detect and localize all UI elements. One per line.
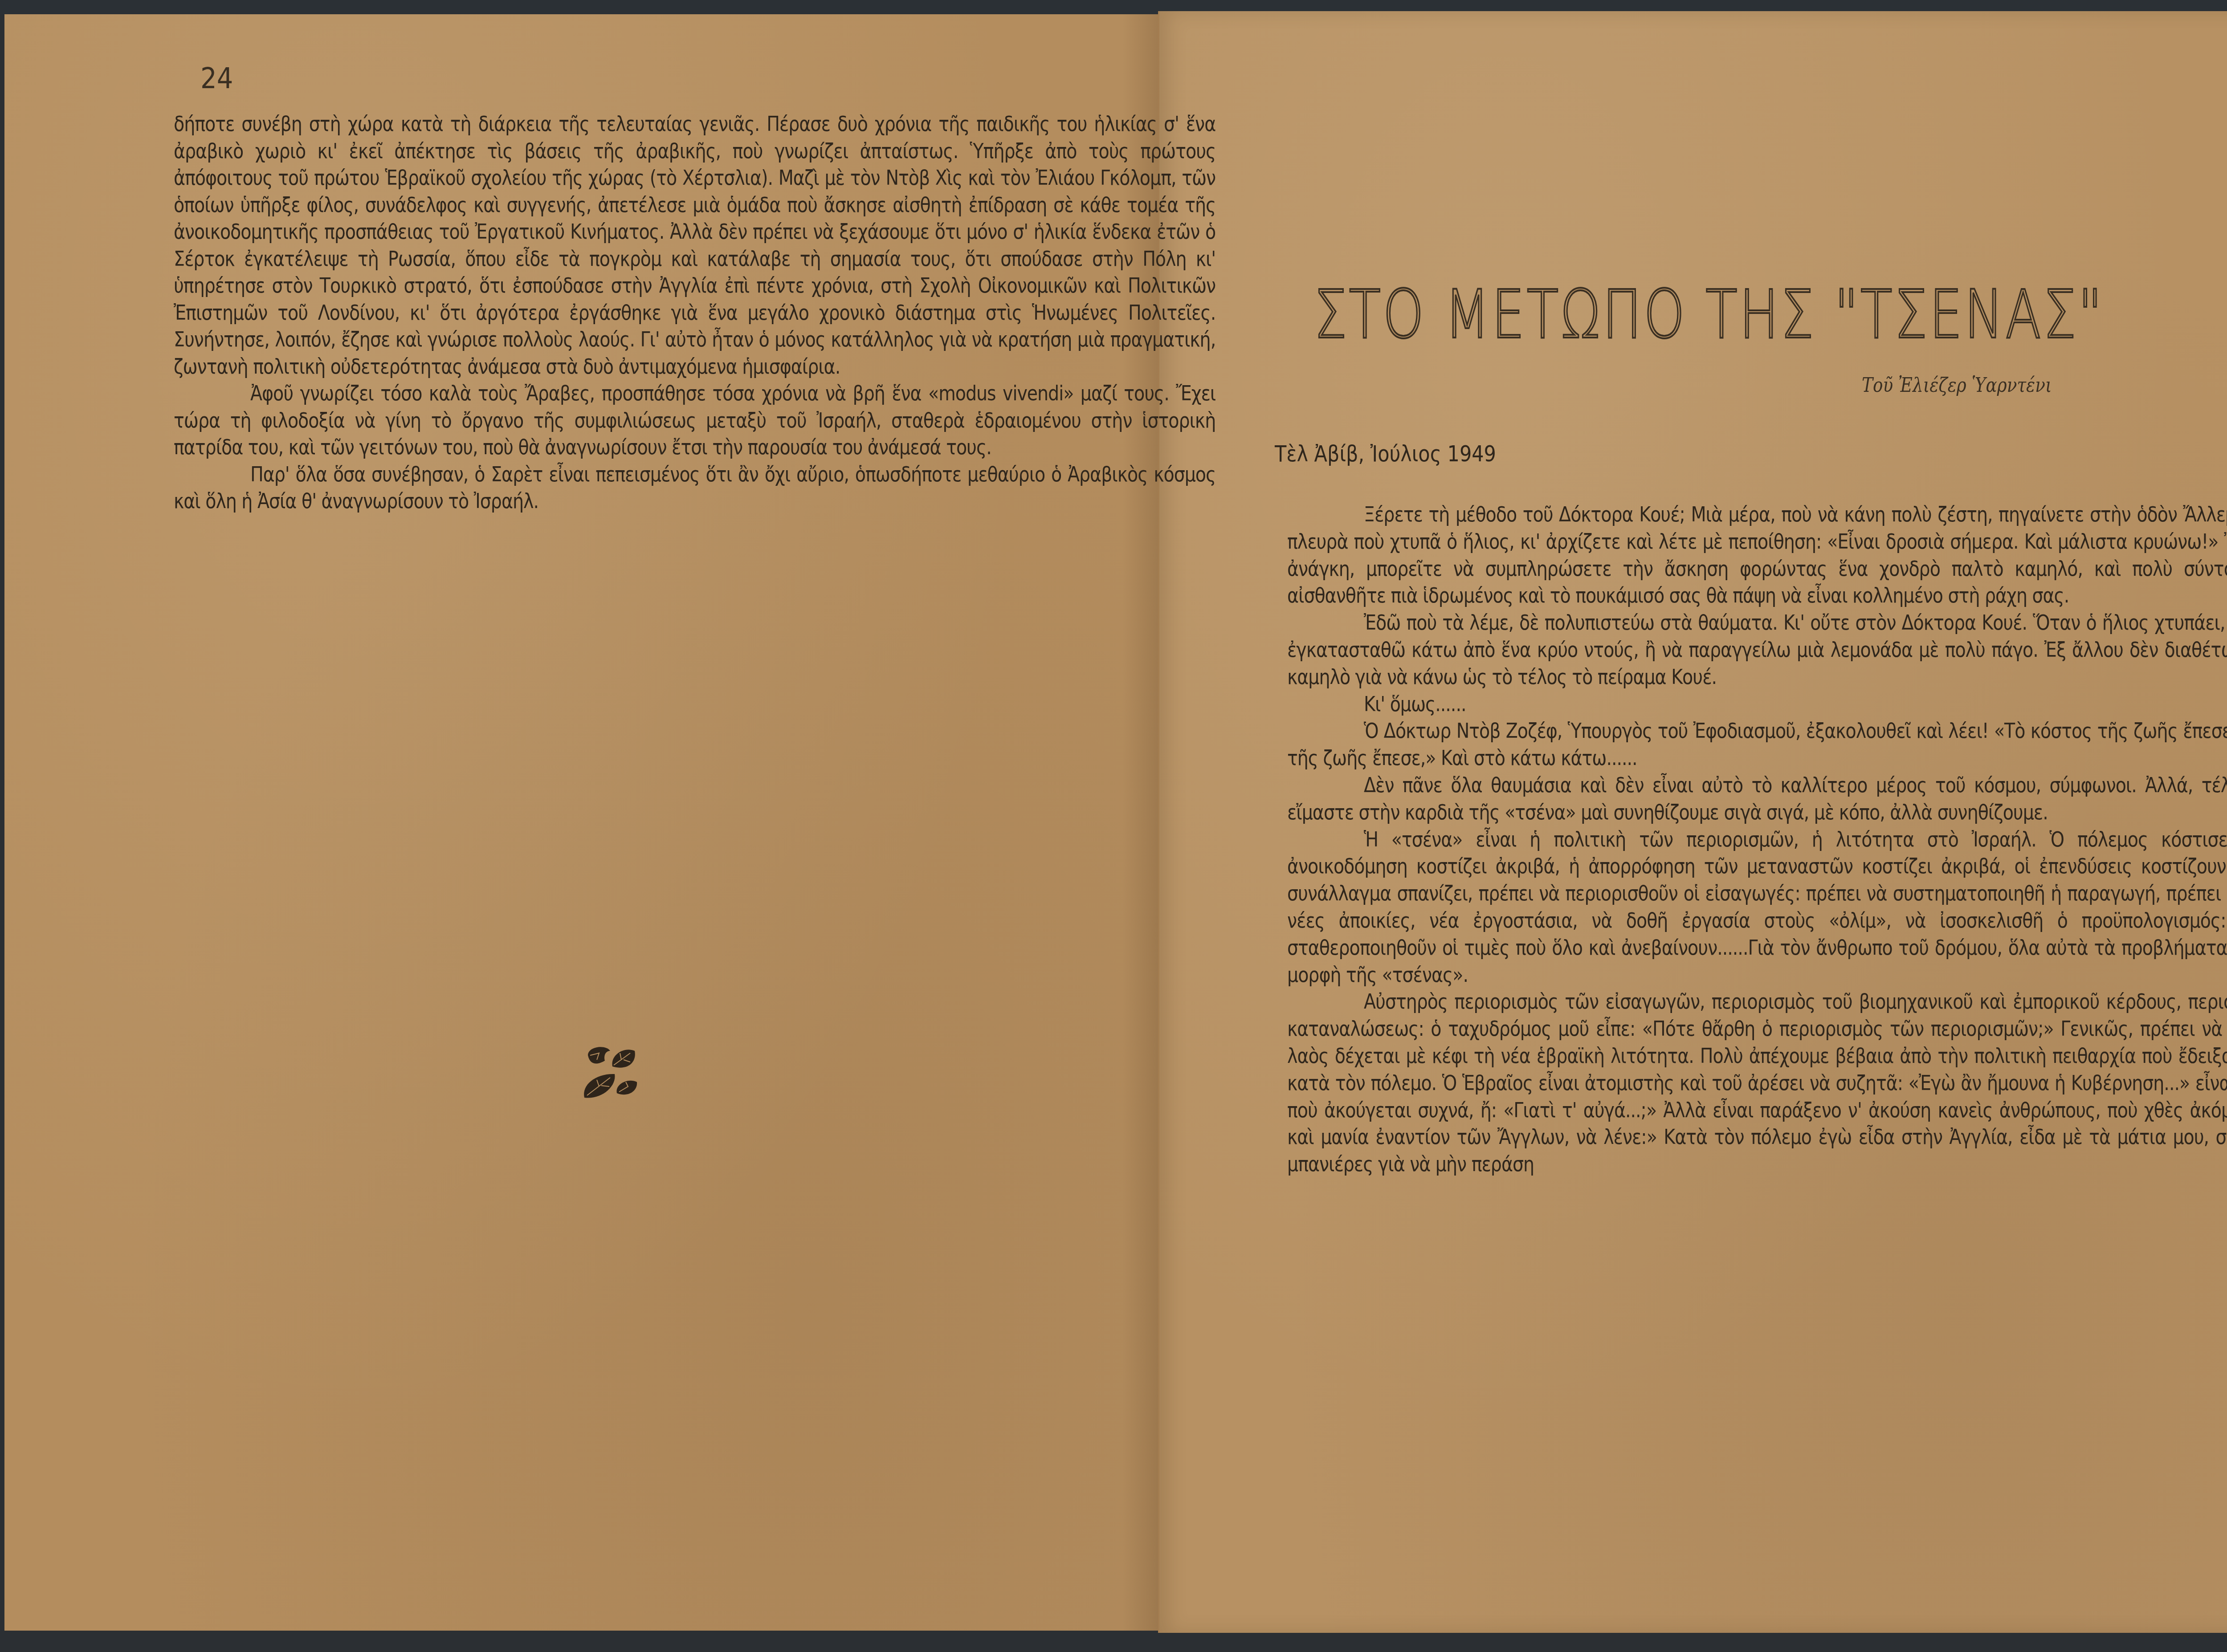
paragraph: Ἐδῶ ποὺ τὰ λέμε, δὲ πολυπιστεύω στὰ θαύμ… xyxy=(1287,609,2227,690)
article-title: ΣΤΟ ΜΕΤΩΠΟ ΤΗΣ "ΤΣΕΝΑΣ" xyxy=(1314,276,2104,354)
article-byline: Τοῦ Ἐλιέζερ Ὑαρντένι xyxy=(1862,374,2052,397)
paragraph: Ὁ Δόκτωρ Ντὸβ Ζοζέφ, Ὑπουργὸς τοῦ Ἐφοδια… xyxy=(1287,717,2227,772)
page-number: 24 xyxy=(200,62,233,95)
paragraph: Δὲν πᾶνε ὅλα θαυμάσια καὶ δὲν εἶναι αὐτὸ… xyxy=(1287,772,2227,826)
paragraph: Παρ' ὅλα ὅσα συνέβησαν, ὁ Σαρὲτ εἶναι πε… xyxy=(174,461,1215,515)
paragraph: δήποτε συνέβη στὴ χώρα κατὰ τὴ διάρκεια … xyxy=(174,110,1215,380)
paragraph: Ἀφοῦ γνωρίζει τόσο καλὰ τοὺς Ἄραβες, προ… xyxy=(174,380,1215,461)
paragraph: Κι' ὅμως...... xyxy=(1287,691,2227,718)
paragraph: Ἡ «τσένα» εἶναι ἡ πολιτικὴ τῶν περιορισμ… xyxy=(1287,826,2227,989)
paragraph: Αὐστηρὸς περιορισμὸς τῶν εἰσαγωγῶν, περι… xyxy=(1287,988,2227,1178)
leaf-ornament-icon xyxy=(579,1042,641,1104)
right-page-body: Ξέρετε τὴ μέθοδο τοῦ Δόκτορα Κουέ; Μιὰ μ… xyxy=(1287,501,2227,1178)
left-page-body: δήποτε συνέβη στὴ χώρα κατὰ τὴ διάρκεια … xyxy=(174,110,1215,515)
article-dateline: Τὲλ Ἀβίβ, Ἰούλιος 1949 xyxy=(1275,441,1496,467)
paragraph: Ξέρετε τὴ μέθοδο τοῦ Δόκτορα Κουέ; Μιὰ μ… xyxy=(1287,501,2227,609)
